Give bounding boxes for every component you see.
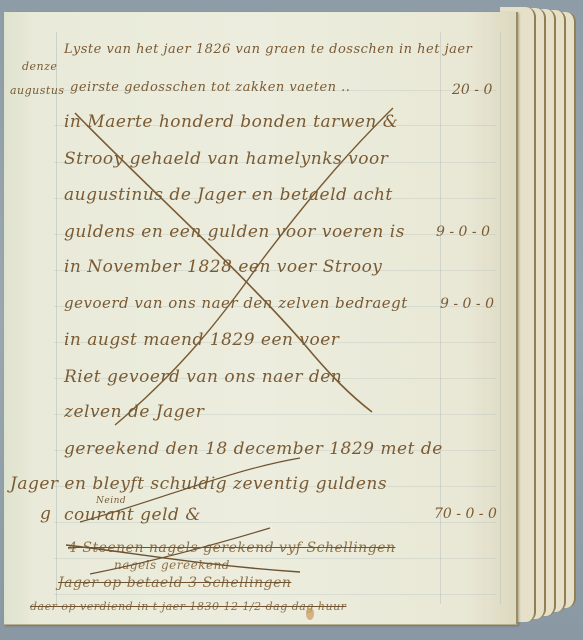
struck-line: Jager op betaeld 3 Schellingen bbox=[58, 575, 291, 591]
ink-stain bbox=[306, 608, 314, 620]
ledger-line: in augst maend 1829 een voer bbox=[64, 330, 339, 350]
ledger-line: augustinus de Jager en betaeld acht bbox=[64, 185, 393, 205]
ledger-amount: 9 - 0 - 0 bbox=[440, 296, 494, 312]
ledger-line: Riet gevoerd van ons naer den bbox=[64, 367, 342, 387]
ledger-amount: 20 - 0 bbox=[452, 82, 492, 98]
ledger-line: courant geld & bbox=[64, 505, 201, 525]
ledger-line: gevoerd van ons naer den zelven bedraegt bbox=[64, 294, 408, 312]
struck-line: nagels gereekend bbox=[114, 558, 230, 572]
margin-line-right bbox=[500, 32, 501, 604]
margin-note-denze: denze bbox=[22, 60, 57, 73]
ledger-line-title: Lyste van het jaer 1826 van graen te dos… bbox=[64, 42, 472, 57]
ledger-line: geirste gedosschen tot zakken vaeten .. bbox=[70, 80, 350, 95]
ledger-line: guldens en een gulden voor voeren is bbox=[64, 222, 405, 242]
ruled-line bbox=[54, 594, 496, 595]
margin-note-augustus: augustus bbox=[10, 84, 65, 97]
margin-line-left bbox=[56, 32, 57, 604]
ledger-line: in Maerte honderd bonden tarwen & bbox=[64, 112, 398, 132]
ledger-amount: 70 - 0 - 0 bbox=[434, 506, 497, 522]
ledger-page: denze augustus Lyste van het jaer 1826 v… bbox=[4, 12, 518, 625]
ledger-line: in November 1828 een voer Strooy bbox=[64, 257, 382, 277]
ledger-line: Jager en bleyft schuldig zeventig gulden… bbox=[10, 474, 387, 494]
ledger-amount: 9 - 0 - 0 bbox=[436, 224, 490, 240]
ledger-line: zelven de Jager bbox=[64, 402, 204, 422]
struck-line: 4 Steenen nagels gerekend vyf Schellinge… bbox=[68, 540, 395, 556]
ledger-line: Strooy gehaeld van hamelynks voor bbox=[64, 149, 388, 169]
ledger-line: gereekend den 18 december 1829 met de bbox=[64, 439, 443, 459]
margin-note-g: g bbox=[40, 504, 51, 524]
struck-line: daer op verdiend in t jaer 1830 12 1/2 d… bbox=[30, 600, 346, 613]
